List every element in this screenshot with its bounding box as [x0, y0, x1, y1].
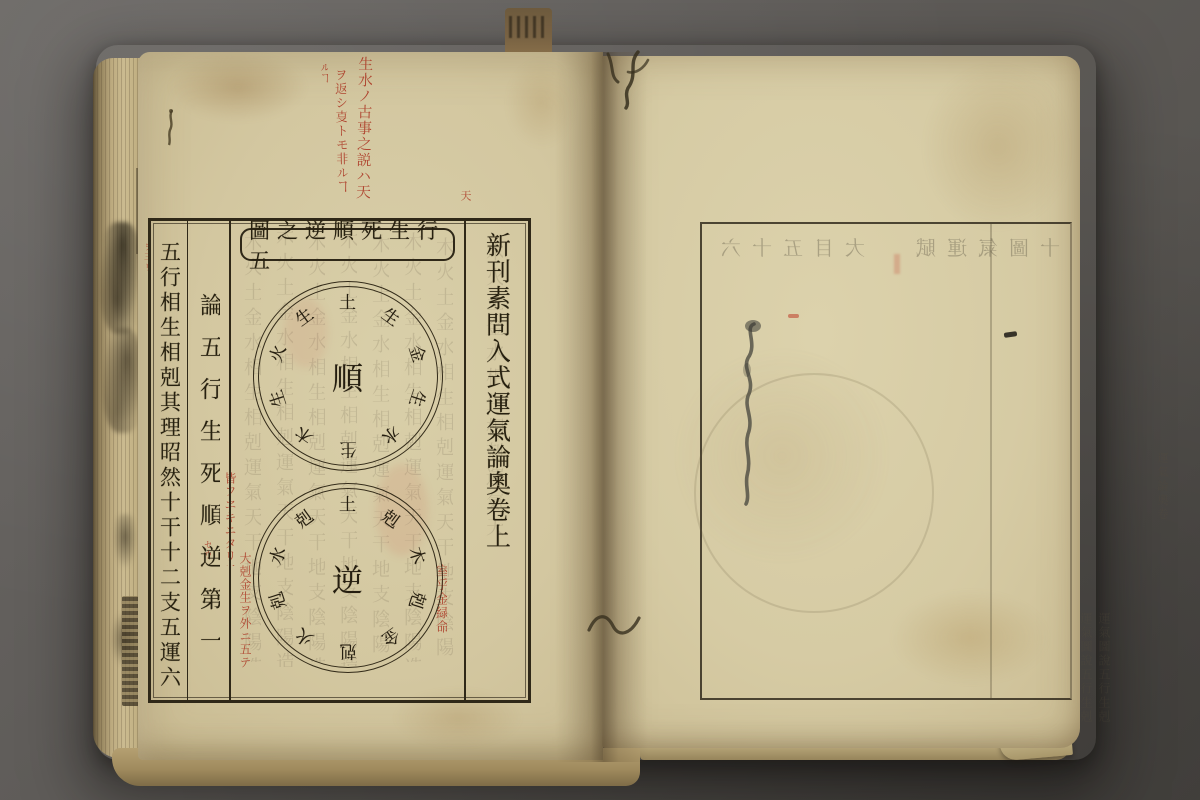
- red-handwritten-note: 生水ノ古事之説ハ天: [355, 56, 373, 224]
- bleedthrough-edge-column: 運氣論奧卷: [1154, 452, 1170, 612]
- ring-character: 木: [293, 422, 317, 446]
- ring-character: 土: [339, 498, 356, 515]
- bleedthrough-circle: [694, 373, 934, 613]
- bleedthrough-column: 運氣圖說五行生剋: [1080, 612, 1092, 727]
- ring-character: 剋: [378, 508, 402, 532]
- photograph-backdrop: 木火土金水相生相剋運氣天干地支陰陽造化論萬物生成之理順逆吉凶生死之圖五運六氣 木…: [0, 0, 1200, 800]
- ring-character: 火: [293, 624, 317, 648]
- ring-character: 水: [268, 545, 289, 566]
- ring-character: 木: [405, 545, 426, 566]
- binding-thread-bottom: [583, 598, 647, 650]
- ring-character: 水: [378, 422, 402, 446]
- red-handwritten-note: ルヿ: [318, 62, 328, 104]
- ring-character: 生: [339, 440, 356, 457]
- ring-character: 生: [268, 387, 289, 408]
- ring-character: 金: [405, 343, 426, 364]
- bleedthrough-text: 十圖氣運賦: [905, 232, 1060, 261]
- ring-character: 剋: [293, 508, 317, 532]
- ring-character: 剋: [405, 589, 426, 610]
- binding-thread-top: [594, 46, 660, 110]
- circle-center-character: 順: [332, 354, 363, 399]
- ring-character: 生: [405, 387, 426, 408]
- red-handwritten-note: 天: [460, 190, 471, 216]
- bleedthrough-header-row: 十圖氣運賦 大目五十六: [710, 230, 1060, 262]
- printed-frame: 五行相生相剋其理昭然十干十二支五運六 論五行生死順逆第一 圖之逆順死生行五 順 …: [148, 218, 531, 703]
- paper-stain: [922, 62, 1072, 232]
- ring-character: 剋: [268, 589, 289, 610]
- diagram-header-box: 圖之逆順死生行五: [240, 228, 455, 261]
- left-page: 木火土金水相生相剋運氣天干地支陰陽造化論萬物生成之理順逆吉凶生死之圖五運六氣 木…: [138, 52, 603, 760]
- red-handwritten-note: ヲ返シ㕝トモ非ルヿ: [333, 68, 349, 218]
- diagram-header-text: 圖之逆順死生行五: [242, 215, 453, 275]
- column-divider-faint: [990, 224, 992, 698]
- generation-cycle-circle: 順 土生金生水生木生火生: [253, 281, 443, 471]
- chapter-title-text: 論五行生死順逆第一: [197, 293, 220, 700]
- ring-character: 火: [268, 343, 289, 364]
- diagram-panel: 圖之逆順死生行五 順 土生金生水生木生火生 逆 土剋水剋火剋金剋木剋: [231, 221, 466, 700]
- text-column-chapter: 論五行生死順逆第一: [188, 221, 231, 700]
- ring-character: 生: [293, 306, 317, 330]
- ring-character: 金: [378, 624, 402, 648]
- fore-edge-ink-smudge: [103, 328, 143, 433]
- body-column-text: 五行相生相剋其理昭然十干十二支五運六: [159, 241, 180, 700]
- overcoming-cycle-circle: 逆 土剋水剋火剋金剋木剋: [253, 483, 443, 673]
- ring-character: 土: [339, 296, 356, 313]
- book-title-text: 新刊素問入式運氣論奧卷上: [485, 221, 510, 672]
- red-ink-fleck: [788, 314, 799, 318]
- text-column-book-title: 新刊素問入式運氣論奧卷上: [466, 221, 528, 700]
- ring-character: 生: [378, 306, 402, 330]
- bleedthrough-columns: 運氣圖說五行生剋 運氣圖說五行生剋: [1080, 612, 1110, 727]
- circle-center-character: 逆: [332, 556, 363, 601]
- paper-tab: [505, 8, 552, 56]
- text-column-body: 五行相生相剋其理昭然十干十二支五運六: [151, 221, 188, 700]
- bleedthrough-text: 大目五十六: [710, 232, 865, 261]
- ring-character: 剋: [339, 642, 356, 659]
- fore-edge-ink-smudge: [112, 514, 138, 572]
- red-ink-smudge: [894, 254, 900, 274]
- bleedthrough-column: 運氣圖說五行生剋: [1098, 612, 1110, 727]
